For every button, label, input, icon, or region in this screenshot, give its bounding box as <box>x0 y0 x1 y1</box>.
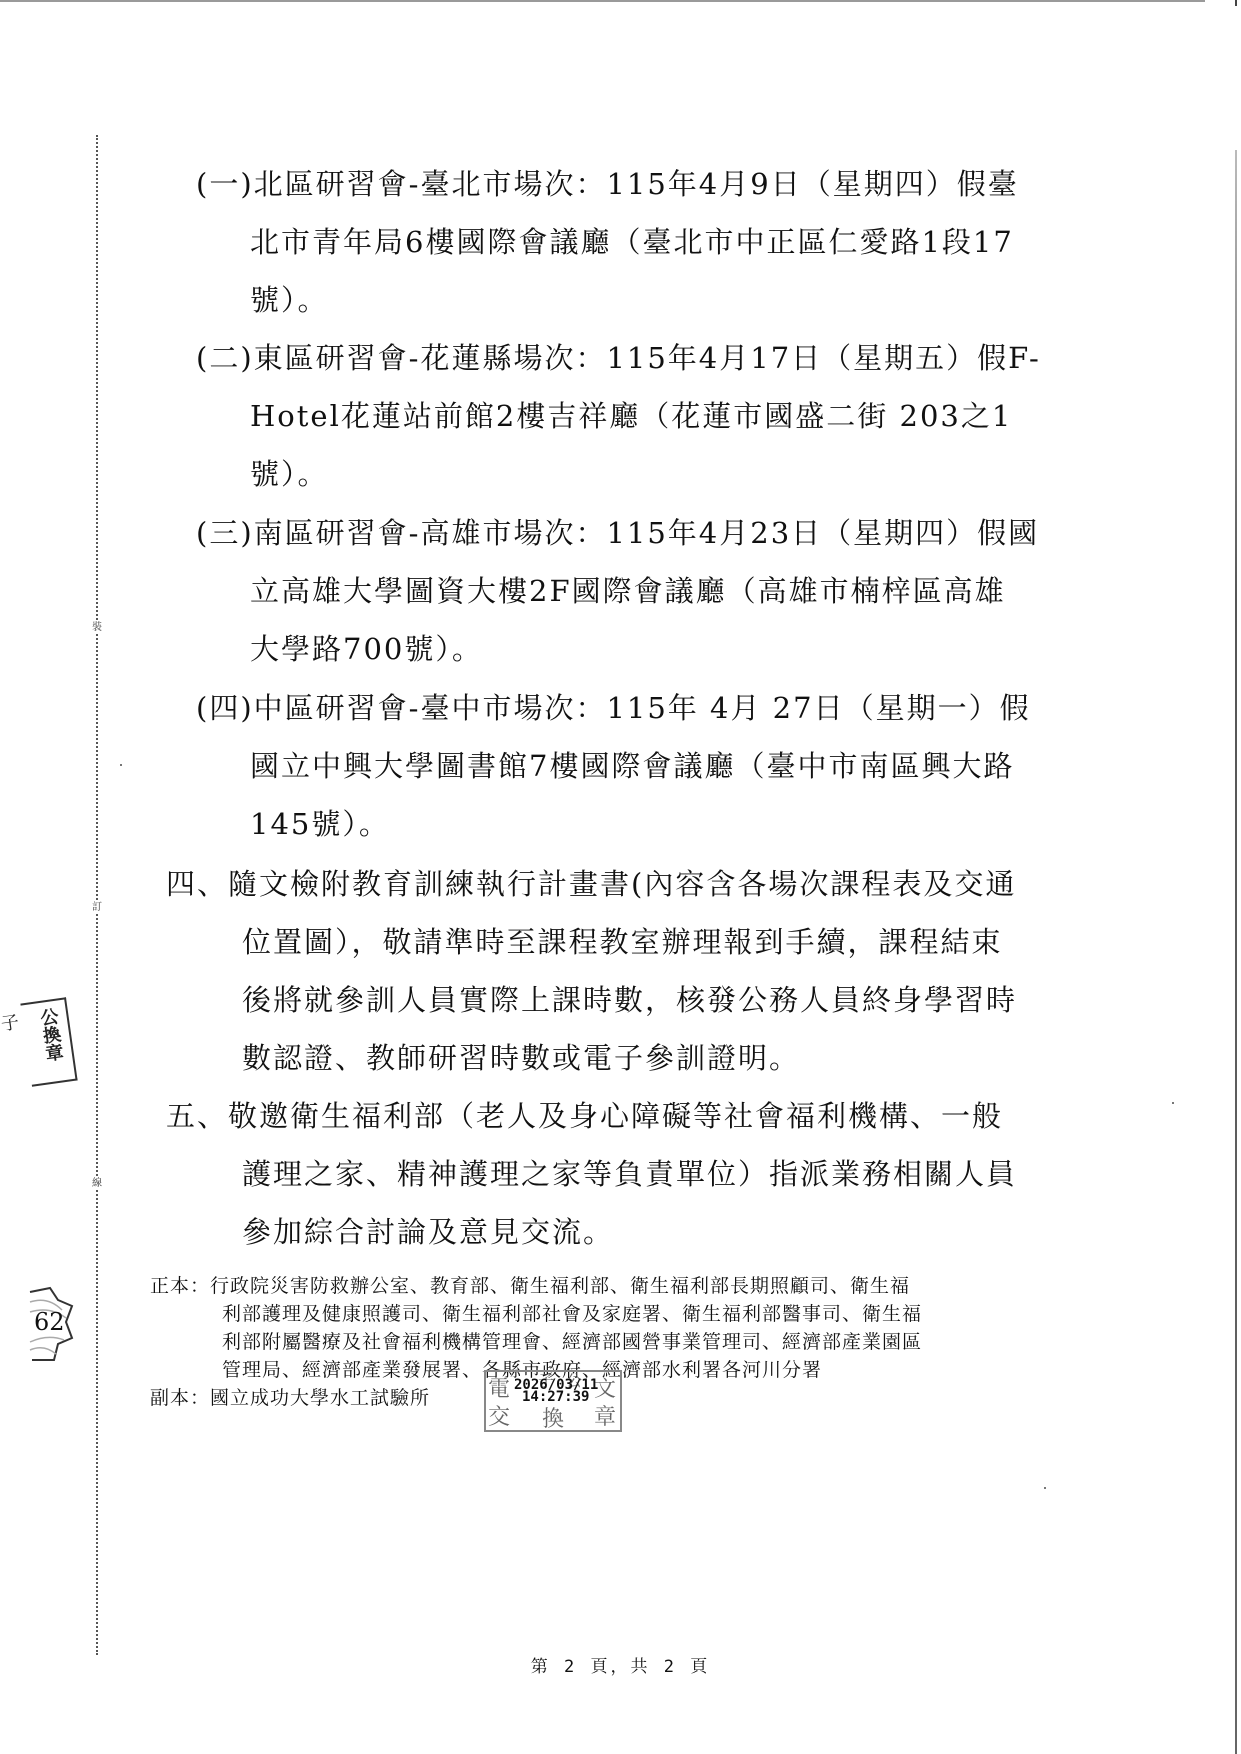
section-4-line-1: 四、隨文檢附教育訓練執行計畫書(內容含各場次課程表及交通 <box>166 864 1016 904</box>
item-4-line-2: 國立中興大學圖書館7樓國際會議廳（臺中市南區興大路 <box>250 746 1014 786</box>
section-4-marker: 四、 <box>166 867 228 901</box>
scan-speck <box>120 764 122 766</box>
section-5-marker: 五、 <box>166 1099 228 1133</box>
original-recipients-line-3: 利部附屬醫療及社會福利機構管理會、經濟部國營事業管理司、經濟部產業園區 <box>222 1330 922 1354</box>
item-1-line-3: 號）。 <box>250 280 329 320</box>
scan-top-edge <box>0 0 1205 2</box>
e-stamp-time: 14:27:39 <box>522 1390 589 1404</box>
item-2-line-2: Hotel花蓮站前館2樓吉祥廳（花蓮市國盛二街 203之1 <box>250 396 1012 436</box>
item-4-line-1: (四)中區研習會-臺中市場次：115年 4月 27日（星期一）假 <box>196 688 1031 728</box>
item-3-line-2: 立高雄大學圖資大樓2F國際會議廳（高雄市楠梓區高雄 <box>250 571 1006 611</box>
e-stamp-char: 電 <box>488 1372 510 1403</box>
electronic-exchange-stamp: 電 子 公 文 交 換 章 2026/03/11 14:27:39 <box>484 1370 622 1432</box>
section-4-line-4: 數認證、教師研習時數或電子參訓證明。 <box>242 1038 800 1078</box>
item-1-line-2: 北市青年局6樓國際會議廳（臺北市中正區仁愛路1段17 <box>250 222 1014 262</box>
item-1-line-1: (一)北區研習會-臺北市場次：115年4月9日（星期四）假臺 <box>196 164 1019 204</box>
item-4-line-3: 145號）。 <box>250 804 390 844</box>
scan-speck <box>1172 1102 1174 1104</box>
e-stamp-char: 交 <box>488 1400 510 1431</box>
exchange-stamp: 子 公換章 <box>20 997 77 1087</box>
page-seal-number: 62 <box>34 1308 65 1336</box>
e-stamp-char: 章 <box>594 1400 616 1431</box>
scan-speck <box>1044 1487 1046 1489</box>
page-number-seal: 62 <box>28 1282 74 1364</box>
item-3-line-1: (三)南區研習會-高雄市場次：115年4月23日（星期四）假國 <box>196 513 1039 553</box>
item-1-marker: (一) <box>196 167 254 201</box>
binding-line <box>96 135 98 1655</box>
item-2-line-3: 號）。 <box>250 454 329 494</box>
item-2-line-1: (二)東區研習會-花蓮縣場次：115年4月17日（星期五）假F- <box>196 338 1041 378</box>
original-recipients-line-1: 正本：行政院災害防救辦公室、教育部、衛生福利部、衛生福利部長期照顧司、衛生福 <box>150 1274 910 1298</box>
section-5-line-1: 五、敬邀衛生福利部（老人及身心障礙等社會福利機構、一般 <box>166 1096 1003 1136</box>
item-3-marker: (三) <box>196 516 254 550</box>
e-stamp-char: 換 <box>542 1402 564 1433</box>
section-4-line-2: 位置圖），敬請準時至課程教室辦理報到手續，課程結束 <box>242 922 1003 962</box>
scan-right-edge <box>1235 0 1237 1754</box>
exchange-stamp-col2: 公換章 <box>35 1007 64 1064</box>
item-4-marker: (四) <box>196 691 254 725</box>
copy-recipients-label: 副本： <box>150 1387 210 1409</box>
binding-label-line: 線 <box>90 1178 104 1190</box>
item-2-marker: (二) <box>196 341 254 375</box>
binding-label-bind: 裝 <box>90 622 104 634</box>
exchange-stamp-col1: 子 <box>0 1012 20 1032</box>
original-recipients-label: 正本： <box>150 1275 210 1297</box>
copy-recipients-line-1: 副本：國立成功大學水工試驗所 <box>150 1386 430 1410</box>
section-5-line-3: 參加綜合討論及意見交流。 <box>242 1212 614 1252</box>
binding-label-staple: 訂 <box>90 902 104 914</box>
original-recipients-line-2: 利部護理及健康照護司、衛生福利部社會及家庭署、衛生福利部醫事司、衛生福 <box>222 1302 922 1326</box>
item-3-line-3: 大學路700號）。 <box>250 629 483 669</box>
section-4-line-3: 後將就參訓人員實際上課時數，核發公務人員終身學習時 <box>242 980 1017 1020</box>
section-5-line-2: 護理之家、精神護理之家等負責單位）指派業務相關人員 <box>242 1154 1017 1194</box>
page-footer: 第 2 頁，共 2 頁 <box>0 1652 1241 1677</box>
